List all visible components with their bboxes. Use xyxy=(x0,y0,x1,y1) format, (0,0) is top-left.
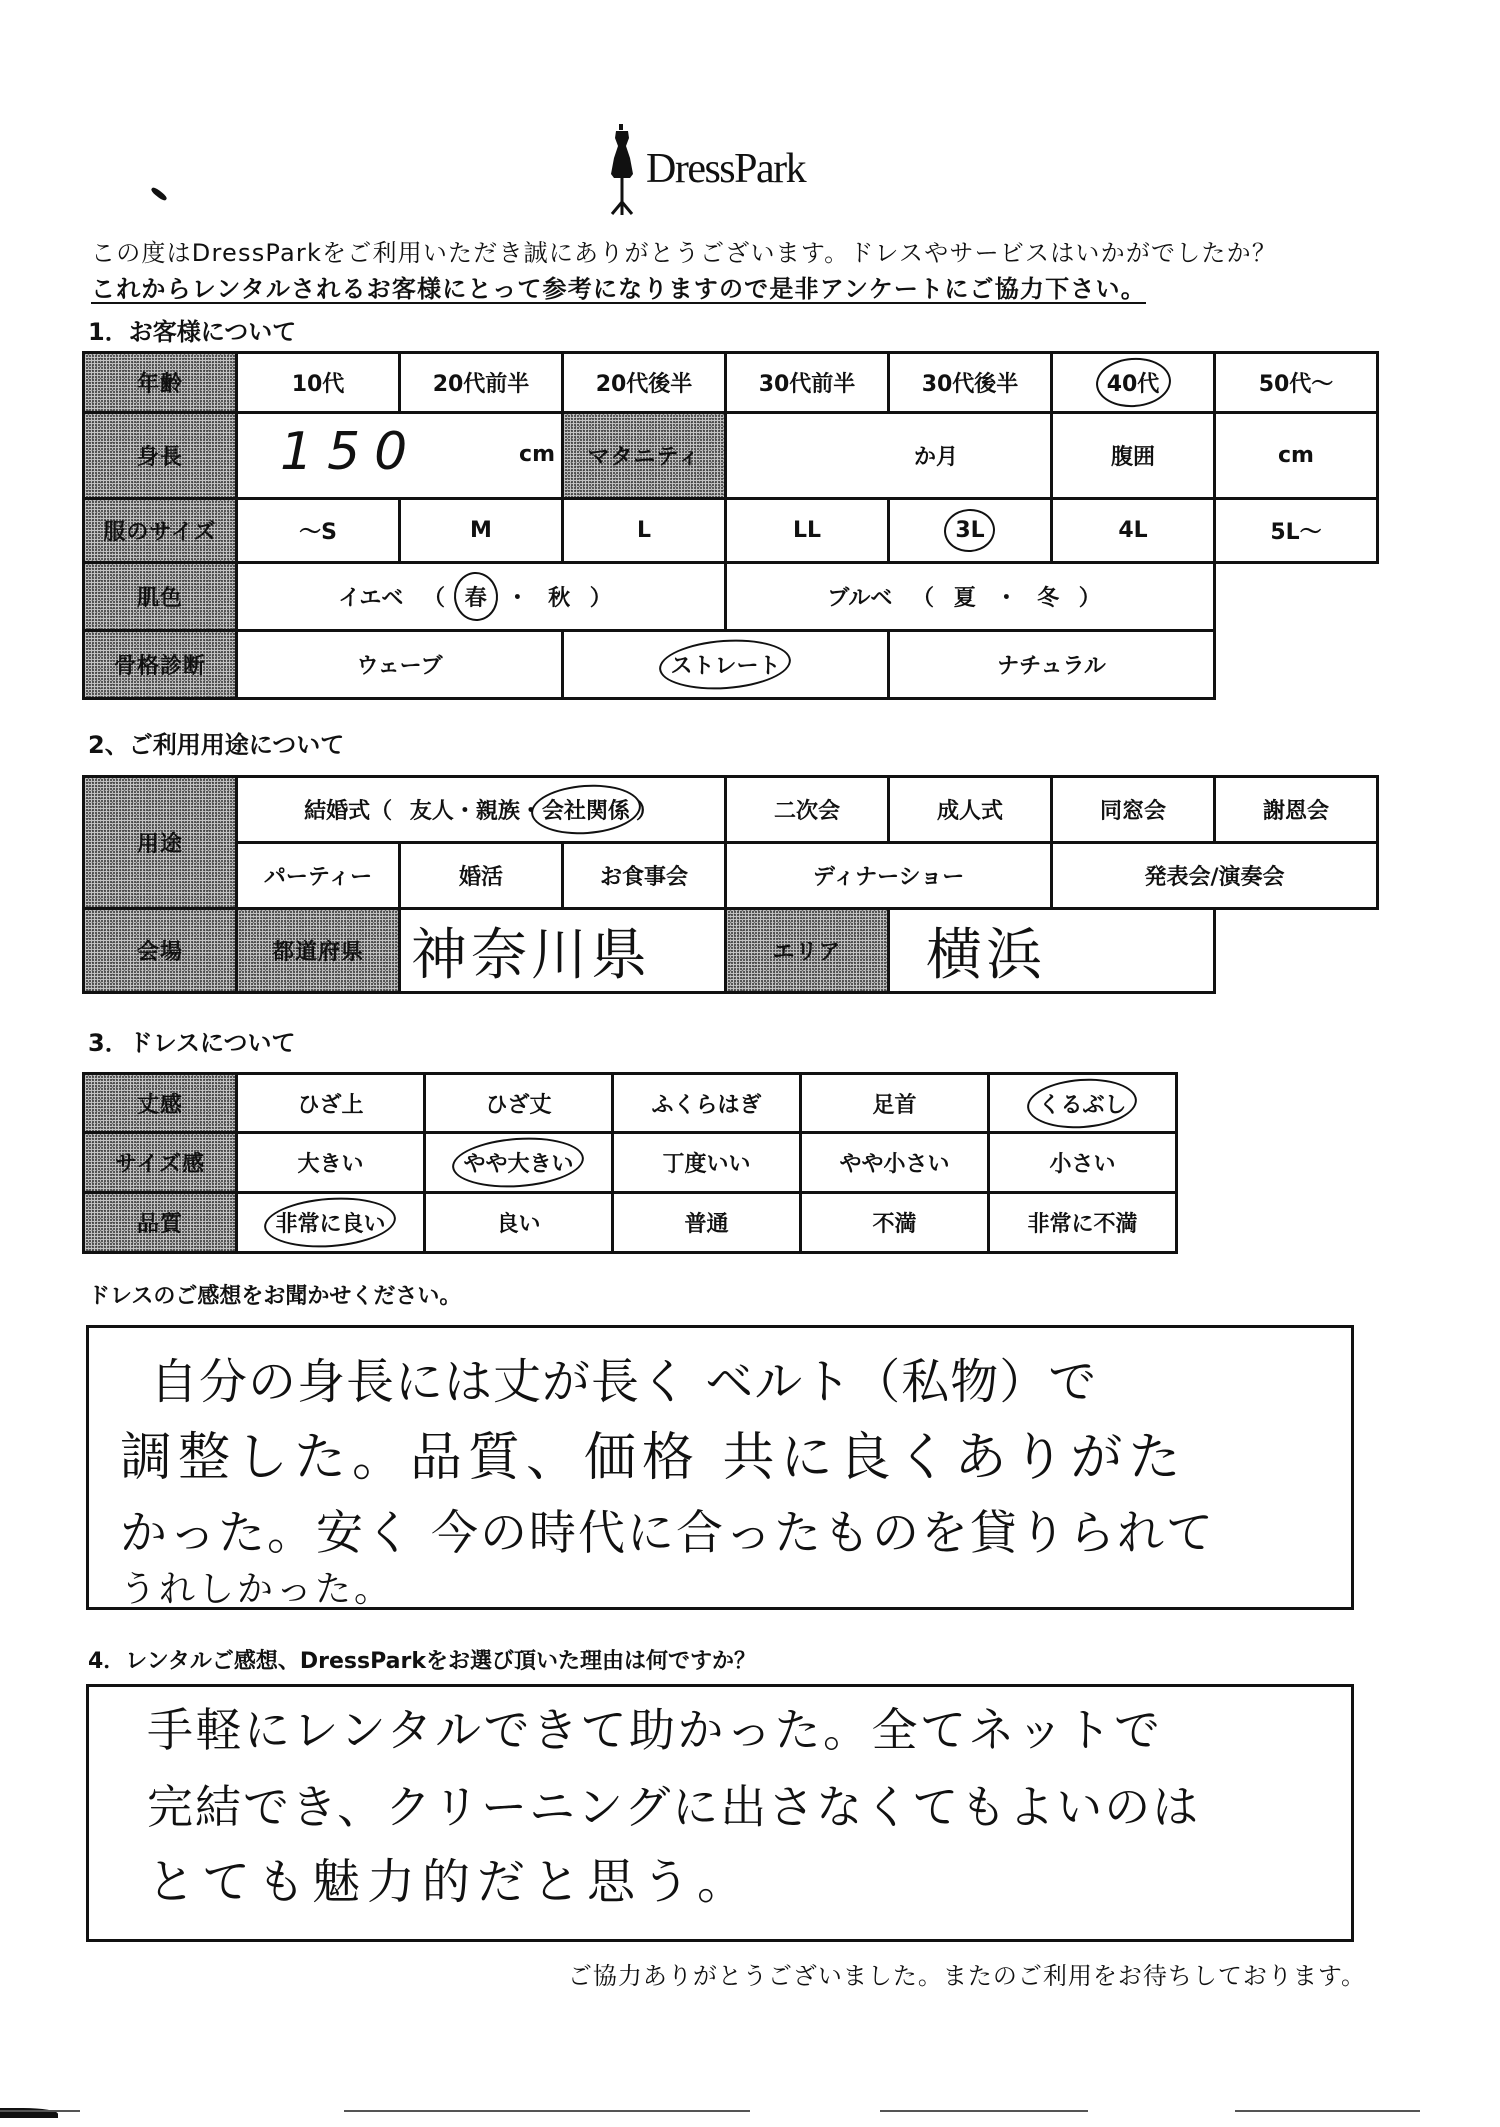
scan-artifact-line xyxy=(1235,2110,1420,2112)
dress-feedback-prompt: ドレスのご感想をお聞かせください。 xyxy=(88,1285,461,1309)
skin-group-label: イエベ xyxy=(338,586,403,611)
height-row: 身長 150 cm マタニティ か月 腹囲 cm xyxy=(84,413,1378,499)
intro-request: これからレンタルされるお客様にとって参考になりますので是非アンケートにご協力下さ… xyxy=(91,277,1146,304)
purpose-option-label: 同窓会 xyxy=(1100,799,1166,824)
fit-option-label: 大きい xyxy=(297,1152,363,1177)
wedding-label: 結婚式（ xyxy=(304,799,392,824)
length-header: 丈感 xyxy=(84,1074,237,1133)
age-option-label: 30代後半 xyxy=(922,372,1019,397)
size-option: ～S xyxy=(237,499,400,563)
waist-unit: cm xyxy=(1278,443,1314,468)
quality-option: 良い xyxy=(425,1193,613,1253)
purpose-option: 婚活 xyxy=(400,843,563,909)
section-2-title: 2、ご利用用途について xyxy=(88,732,344,758)
body-type-row: 骨格診断 ウェーブ ストレート ナチュラル xyxy=(84,631,1378,699)
skin-choice: 秋 xyxy=(548,586,570,611)
purpose-option-label: 謝恩会 xyxy=(1263,799,1329,824)
fit-option-label: やや小さい xyxy=(839,1152,949,1177)
venue-row: 会場 都道府県 神奈川県 エリア 横浜 xyxy=(84,909,1378,993)
age-option: 30代後半 xyxy=(889,353,1052,413)
purpose-option-label: ディナーショー xyxy=(813,865,964,890)
fit-option-label: やや大きい xyxy=(463,1147,573,1178)
age-option-label: 40代 xyxy=(1107,367,1160,398)
body-type-option: ウェーブ xyxy=(237,631,563,699)
maternity-unit: か月 xyxy=(914,445,958,470)
age-option: 20代後半 xyxy=(563,353,726,413)
length-row: 丈感 ひざ上 ひざ丈 ふくらはぎ 足首 くるぶし xyxy=(84,1074,1177,1133)
fit-option: やや大きい xyxy=(425,1133,613,1193)
length-option-label: 足首 xyxy=(872,1093,916,1118)
paren-close: ） xyxy=(1079,581,1101,612)
section-3-title: 3．ドレスについて xyxy=(88,1030,296,1056)
length-option-label: ひざ上 xyxy=(297,1093,363,1118)
purpose-option: 謝恩会 xyxy=(1215,777,1378,843)
prefecture-value: 神奈川県 xyxy=(400,909,726,993)
age-row: 年齢 10代 20代前半 20代後半 30代前半 30代後半 40代 50代～ xyxy=(84,353,1378,413)
rental-feedback-line: とても魅力的だと思う。 xyxy=(147,1856,752,1909)
rental-feedback-line: 手軽にレンタルできて助かった。全てネットで xyxy=(147,1705,1163,1756)
empty-cell xyxy=(1215,563,1378,631)
scan-artifact-line xyxy=(880,2110,1088,2112)
separator: ・ xyxy=(454,799,476,824)
intro-greeting: この度はDressParkをご利用いただき誠にありがとうございます。ドレスやサー… xyxy=(91,240,1277,266)
age-option: 50代～ xyxy=(1215,353,1378,413)
quality-row: 品質 非常に良い 良い 普通 不満 非常に不満 xyxy=(84,1193,1177,1253)
wedding-choice: 親族 xyxy=(476,799,520,824)
maternity-field: か月 xyxy=(726,413,1052,499)
size-option: 4L xyxy=(1052,499,1215,563)
body-type-option-label: ストレート xyxy=(670,649,780,680)
venue-header: 会場 xyxy=(84,909,237,993)
size-option: M xyxy=(400,499,563,563)
size-option-label: ～S xyxy=(299,520,337,545)
length-option-label: くるぶし xyxy=(1038,1088,1126,1119)
purpose-option: ディナーショー xyxy=(726,843,1052,909)
height-header: 身長 xyxy=(84,413,237,499)
section-1-title: 1．お客様について xyxy=(88,319,296,345)
usage-table: 用途 結婚式（ 友人・親族・会社関係） 二次会 成人式 同窓会 謝恩会 パーティ… xyxy=(82,775,1379,994)
quality-option-label: 非常に不満 xyxy=(1027,1212,1137,1237)
maternity-header: マタニティ xyxy=(563,413,726,499)
skin-choice: 夏 xyxy=(954,586,976,611)
age-option-label: 50代～ xyxy=(1259,372,1334,397)
age-option: 10代 xyxy=(237,353,400,413)
wedding-choice: 友人 xyxy=(410,799,454,824)
empty-cell xyxy=(1215,631,1378,699)
area-value: 横浜 xyxy=(889,909,1215,993)
paren-open: （ xyxy=(423,581,445,612)
length-option: くるぶし xyxy=(989,1074,1177,1133)
quality-option: 非常に不満 xyxy=(989,1193,1177,1253)
quality-option: 普通 xyxy=(613,1193,801,1253)
age-option-label: 30代前半 xyxy=(759,372,856,397)
size-option-label: 4L xyxy=(1118,518,1147,543)
body-type-header: 骨格診断 xyxy=(84,631,237,699)
scan-speck xyxy=(150,186,168,202)
separator: ・ xyxy=(506,581,528,612)
mannequin-icon xyxy=(606,124,638,216)
length-option: ふくらはぎ xyxy=(613,1074,801,1133)
age-option: 20代前半 xyxy=(400,353,563,413)
quality-option-label: 不満 xyxy=(872,1212,916,1237)
fit-option-label: 小さい xyxy=(1049,1152,1115,1177)
age-option-label: 20代前半 xyxy=(433,372,530,397)
purpose-row-2: パーティー 婚活 お食事会 ディナーショー 発表会/演奏会 xyxy=(84,843,1378,909)
skin-tone-group-blue: ブルベ （ 夏 ・ 冬 ） xyxy=(726,563,1215,631)
skin-tone-row: 肌色 イエベ （ 春 ・ 秋 ） ブルベ （ 夏 ・ 冬 ） xyxy=(84,563,1378,631)
quality-header: 品質 xyxy=(84,1193,237,1253)
fit-option: 丁度いい xyxy=(613,1133,801,1193)
length-option: ひざ上 xyxy=(237,1074,425,1133)
separator: ・ xyxy=(995,581,1017,612)
height-field: 150 cm xyxy=(237,413,563,499)
size-option-label: 5L～ xyxy=(1270,520,1321,545)
skin-tone-group-yellow: イエベ （ 春 ・ 秋 ） xyxy=(237,563,726,631)
quality-option: 非常に良い xyxy=(237,1193,425,1253)
purpose-option: パーティー xyxy=(237,843,400,909)
skin-choice: 春 xyxy=(465,581,487,612)
dress-feedback-line: うれしかった。 xyxy=(120,1570,393,1610)
size-option: 3L xyxy=(889,499,1052,563)
wedding-choice: 会社関係 xyxy=(542,794,630,825)
skin-choice: 冬 xyxy=(1037,586,1059,611)
size-option-label: L xyxy=(637,518,651,543)
area-header: エリア xyxy=(726,909,889,993)
size-option-label: 3L xyxy=(955,518,984,543)
age-option: 30代前半 xyxy=(726,353,889,413)
dress-feedback-line: 自分の身長には丈が長く ベルト（私物）で xyxy=(150,1356,1097,1409)
purpose-header: 用途 xyxy=(84,777,237,909)
purpose-option: 同窓会 xyxy=(1052,777,1215,843)
size-option: L xyxy=(563,499,726,563)
paren-open: （ xyxy=(912,581,934,612)
purpose-option: お食事会 xyxy=(563,843,726,909)
purpose-option: 成人式 xyxy=(889,777,1052,843)
size-option: LL xyxy=(726,499,889,563)
empty-cell xyxy=(1215,909,1378,993)
height-value: 150 xyxy=(280,422,421,482)
fit-option-label: 丁度いい xyxy=(662,1152,750,1177)
fit-header: サイズ感 xyxy=(84,1133,237,1193)
purpose-option-label: 婚活 xyxy=(459,865,503,890)
purpose-row-1: 用途 結婚式（ 友人・親族・会社関係） 二次会 成人式 同窓会 謝恩会 xyxy=(84,777,1378,843)
section-4-title: 4．レンタルご感想、DressParkをお選び頂いた理由は何ですか？ xyxy=(88,1650,756,1674)
body-type-option-label: ナチュラル xyxy=(997,654,1106,679)
quality-option-label: 良い xyxy=(496,1212,540,1237)
skin-group-label: ブルベ xyxy=(827,586,892,611)
age-option-label: 20代後半 xyxy=(596,372,693,397)
purpose-option-label: 発表会/演奏会 xyxy=(1144,865,1284,890)
prefecture-header: 都道府県 xyxy=(237,909,400,993)
waist-field: cm xyxy=(1215,413,1378,499)
fit-option: 小さい xyxy=(989,1133,1177,1193)
purpose-option-label: 成人式 xyxy=(937,799,1003,824)
age-header: 年齢 xyxy=(84,353,237,413)
quality-option-label: 普通 xyxy=(684,1212,728,1237)
brand-logo-text: DressPark xyxy=(646,148,805,190)
scan-artifact-line xyxy=(0,2110,80,2112)
clothing-size-header: 服のサイズ xyxy=(84,499,237,563)
purpose-option-label: お食事会 xyxy=(600,865,688,890)
dress-feedback-line: 調整した。品質、価格 共に良くありがた xyxy=(120,1430,1187,1487)
rental-feedback-line: 完結でき、クリーニングに出さなくてもよいのは xyxy=(147,1782,1200,1833)
body-type-option-label: ウェーブ xyxy=(356,654,442,679)
customer-info-table: 年齢 10代 20代前半 20代後半 30代前半 30代後半 40代 50代～ … xyxy=(82,351,1379,700)
length-option: ひざ丈 xyxy=(425,1074,613,1133)
fit-option: やや小さい xyxy=(801,1133,989,1193)
paren-close: ） xyxy=(590,581,612,612)
clothing-size-row: 服のサイズ ～S M L LL 3L 4L 5L～ xyxy=(84,499,1378,563)
height-unit: cm xyxy=(519,442,555,467)
thank-you-note: ご協力ありがとうございました。またのご利用をお待ちしております。 xyxy=(560,1963,1366,1989)
purpose-option: 発表会/演奏会 xyxy=(1052,843,1378,909)
body-type-option: ストレート xyxy=(563,631,889,699)
scan-artifact-line xyxy=(344,2110,750,2112)
length-option-label: ひざ丈 xyxy=(485,1093,551,1118)
skin-tone-header: 肌色 xyxy=(84,563,237,631)
size-option: 5L～ xyxy=(1215,499,1378,563)
quality-option-label: 非常に良い xyxy=(275,1207,385,1238)
length-option: 足首 xyxy=(801,1074,989,1133)
purpose-option-label: 二次会 xyxy=(774,799,840,824)
purpose-option-label: パーティー xyxy=(264,865,372,890)
length-option-label: ふくらはぎ xyxy=(651,1093,761,1118)
age-option: 40代 xyxy=(1052,353,1215,413)
wedding-option: 結婚式（ 友人・親族・会社関係） xyxy=(237,777,726,843)
dress-feedback-line: かった。安く 今の時代に合ったものを貸りられて xyxy=(120,1508,1215,1560)
fit-option: 大きい xyxy=(237,1133,425,1193)
waist-label: 腹囲 xyxy=(1052,413,1215,499)
size-option-label: M xyxy=(470,518,492,543)
dress-table: 丈感 ひざ上 ひざ丈 ふくらはぎ 足首 くるぶし サイズ感 大きい やや大きい … xyxy=(82,1072,1178,1254)
fit-row: サイズ感 大きい やや大きい 丁度いい やや小さい 小さい xyxy=(84,1133,1177,1193)
body-type-option: ナチュラル xyxy=(889,631,1215,699)
age-option-label: 10代 xyxy=(292,372,345,397)
size-option-label: LL xyxy=(793,518,821,543)
quality-option: 不満 xyxy=(801,1193,989,1253)
purpose-option: 二次会 xyxy=(726,777,889,843)
